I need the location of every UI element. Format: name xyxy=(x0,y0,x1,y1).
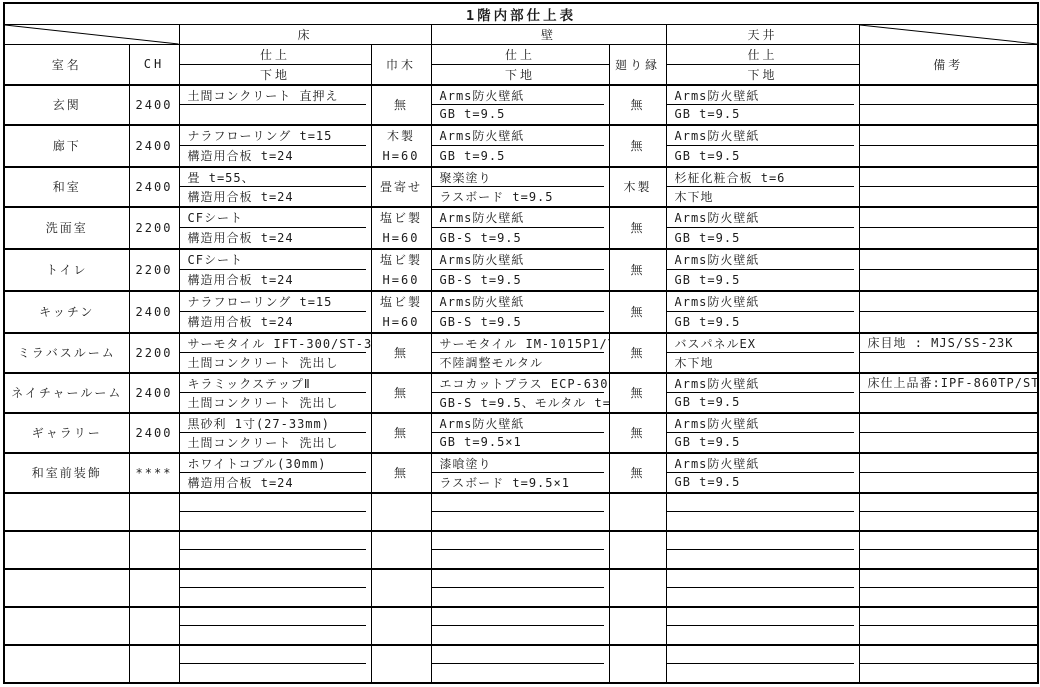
table-body: 玄関2400土間コンクリート 直押え無Arms防火壁紙無Arms防火壁紙GB t… xyxy=(4,85,1038,683)
diagonal-line-icon xyxy=(860,25,1038,44)
table-row: キッチン2400ナラフローリング t=15塩ビ製H=60Arms防火壁紙無Arm… xyxy=(4,291,1038,312)
room-name-cell: 玄関 xyxy=(4,85,129,125)
floor-finish-cell: CFシート xyxy=(179,249,371,270)
crown-molding-cell xyxy=(609,569,666,607)
table-row: 廊下2400ナラフローリング t=15木製H=60Arms防火壁紙無Arms防火… xyxy=(4,125,1038,146)
remarks-diagonal-cell xyxy=(859,25,1038,45)
remarks-top-cell xyxy=(859,167,1038,187)
crown-molding-cell xyxy=(609,493,666,531)
wall-finish-cell xyxy=(431,493,609,512)
ceiling-base-cell: GB t=9.5 xyxy=(666,393,859,413)
floor-base-cell: 構造用合板 t=24 xyxy=(179,270,371,291)
wall-base-cell: ラスボード t=9.5 xyxy=(431,187,609,207)
empty-row xyxy=(4,607,1038,626)
wall-finish-cell: Arms防火壁紙 xyxy=(431,85,609,105)
wall-base-cell: GB-S t=9.5、モルタル t=10 xyxy=(431,393,609,413)
baseboard-cell xyxy=(371,569,431,607)
wall-finish-cell: Arms防火壁紙 xyxy=(431,249,609,270)
wall-base-cell xyxy=(431,512,609,531)
floor-base-cell xyxy=(179,626,371,645)
wall-group-header: 壁 xyxy=(431,25,666,45)
wall-finish-cell xyxy=(431,645,609,664)
floor-base-cell: 構造用合板 t=24 xyxy=(179,228,371,249)
ceiling-finish-cell: Arms防火壁紙 xyxy=(666,453,859,473)
baseboard-line: 畳寄せ xyxy=(372,177,431,197)
wall-finish-cell: Arms防火壁紙 xyxy=(431,291,609,312)
ceiling-finish-cell xyxy=(666,607,859,626)
ceiling-base-cell xyxy=(666,664,859,683)
ceiling-finish-cell xyxy=(666,531,859,550)
table-row: ミラバスルーム2200サーモタイル IFT-300/ST-33N無サーモタイル … xyxy=(4,333,1038,353)
table-header: 1階内部仕上表 床 壁 天井 室名 CH 仕上 巾木 仕上 廻り縁 xyxy=(4,3,1038,85)
remarks-bottom-cell xyxy=(859,312,1038,333)
floor-finish-cell: キラミックステップⅡ xyxy=(179,373,371,393)
remarks-top-cell xyxy=(859,249,1038,270)
wall-base-cell xyxy=(431,664,609,683)
remarks-top-cell xyxy=(859,493,1038,512)
remarks-bottom-cell xyxy=(859,626,1038,645)
baseboard-cell: 無 xyxy=(371,453,431,493)
floor-finish-cell: ホワイトコブル(30mm) xyxy=(179,453,371,473)
crown-molding-column-header: 廻り縁 xyxy=(609,45,666,85)
ceiling-finish-cell: Arms防火壁紙 xyxy=(666,291,859,312)
floor-finish-cell: CFシート xyxy=(179,207,371,228)
remarks-bottom-cell xyxy=(859,187,1038,207)
room-name-cell: ネイチャールーム xyxy=(4,373,129,413)
floor-finish-cell: サーモタイル IFT-300/ST-33N xyxy=(179,333,371,353)
baseboard-line: H=60 xyxy=(372,146,431,166)
ceiling-height-cell xyxy=(129,607,179,645)
ceiling-height-cell: 2400 xyxy=(129,85,179,125)
ceiling-finish-cell: バスパネルEX xyxy=(666,333,859,353)
baseboard-cell: 木製H=60 xyxy=(371,125,431,167)
baseboard-line: 無 xyxy=(372,95,431,115)
ceiling-height-cell: 2400 xyxy=(129,167,179,207)
floor-finish-cell: 畳 t=55、 xyxy=(179,167,371,187)
baseboard-cell xyxy=(371,493,431,531)
wall-base-cell xyxy=(431,550,609,569)
ceiling-group-header: 天井 xyxy=(666,25,859,45)
ceiling-base-cell: GB t=9.5 xyxy=(666,312,859,333)
ceiling-finish-header: 仕上 xyxy=(666,45,859,65)
room-name-cell: キッチン xyxy=(4,291,129,333)
ceiling-base-cell xyxy=(666,626,859,645)
room-name-cell xyxy=(4,493,129,531)
ceiling-height-cell: 2400 xyxy=(129,291,179,333)
empty-row xyxy=(4,569,1038,588)
remarks-bottom-cell xyxy=(859,433,1038,453)
crown-molding-cell: 無 xyxy=(609,453,666,493)
wall-base-cell xyxy=(431,588,609,607)
remarks-top-cell xyxy=(859,413,1038,433)
baseboard-cell xyxy=(371,645,431,683)
baseboard-cell: 塩ビ製H=60 xyxy=(371,291,431,333)
finish-schedule-sheet: { "title": "1階内部仕上表", "columns": { "room… xyxy=(0,0,1040,687)
ceiling-base-cell: 木下地 xyxy=(666,353,859,373)
floor-base-cell: 構造用合板 t=24 xyxy=(179,146,371,167)
floor-finish-cell xyxy=(179,493,371,512)
baseboard-line: H=60 xyxy=(372,228,431,248)
room-name-cell xyxy=(4,531,129,569)
wall-finish-cell: Arms防火壁紙 xyxy=(431,207,609,228)
wall-base-cell: GB-S t=9.5 xyxy=(431,270,609,291)
ceiling-height-cell xyxy=(129,569,179,607)
baseboard-cell: 無 xyxy=(371,85,431,125)
floor-base-cell xyxy=(179,512,371,531)
remarks-top-cell: 床仕上品番:IPF-860TP/STK-2 xyxy=(859,373,1038,393)
crown-molding-cell: 無 xyxy=(609,125,666,167)
floor-base-cell: 土間コンクリート 洗出し xyxy=(179,433,371,453)
remarks-bottom-cell xyxy=(859,588,1038,607)
wall-finish-cell xyxy=(431,607,609,626)
ceiling-finish-cell: Arms防火壁紙 xyxy=(666,85,859,105)
crown-molding-cell: 無 xyxy=(609,413,666,453)
page-title: 1階内部仕上表 xyxy=(4,3,1038,25)
sub-header-row-finish: 室名 CH 仕上 巾木 仕上 廻り縁 仕上 備考 xyxy=(4,45,1038,65)
ceiling-height-cell xyxy=(129,493,179,531)
table-row: 和室2400畳 t=55、畳寄せ聚楽塗り木製杉柾化粧合板 t=6 xyxy=(4,167,1038,187)
floor-base-cell xyxy=(179,105,371,125)
floor-finish-header: 仕上 xyxy=(179,45,371,65)
floor-base-cell: 構造用合板 t=24 xyxy=(179,312,371,333)
ceiling-finish-cell: Arms防火壁紙 xyxy=(666,249,859,270)
floor-base-cell xyxy=(179,588,371,607)
room-name-cell: 廊下 xyxy=(4,125,129,167)
ceiling-finish-cell xyxy=(666,493,859,512)
table-row: 洗面室2200CFシート塩ビ製H=60Arms防火壁紙無Arms防火壁紙 xyxy=(4,207,1038,228)
floor-base-cell: 土間コンクリート 洗出し xyxy=(179,393,371,413)
baseboard-line: 無 xyxy=(372,423,431,443)
ceiling-base-cell xyxy=(666,512,859,531)
baseboard-line: H=60 xyxy=(372,312,431,332)
remarks-bottom-cell xyxy=(859,105,1038,125)
floor-finish-cell: 土間コンクリート 直押え xyxy=(179,85,371,105)
table-row: ギャラリー2400黒砂利 1寸(27-33mm)無Arms防火壁紙無Arms防火… xyxy=(4,413,1038,433)
remarks-bottom-cell xyxy=(859,353,1038,373)
wall-finish-cell: Arms防火壁紙 xyxy=(431,125,609,146)
floor-base-cell: 構造用合板 t=24 xyxy=(179,187,371,207)
baseboard-column-header: 巾木 xyxy=(371,45,431,85)
table-row: 玄関2400土間コンクリート 直押え無Arms防火壁紙無Arms防火壁紙 xyxy=(4,85,1038,105)
ceiling-height-cell: 2200 xyxy=(129,333,179,373)
room-name-cell: 洗面室 xyxy=(4,207,129,249)
crown-molding-cell: 無 xyxy=(609,249,666,291)
wall-finish-cell: 漆喰塗り xyxy=(431,453,609,473)
baseboard-cell: 無 xyxy=(371,413,431,453)
crown-molding-cell: 無 xyxy=(609,85,666,125)
ceiling-height-cell: 2400 xyxy=(129,413,179,453)
wall-finish-cell xyxy=(431,531,609,550)
baseboard-line: H=60 xyxy=(372,270,431,290)
wall-finish-header: 仕上 xyxy=(431,45,609,65)
room-column-header: 室名 xyxy=(4,45,129,85)
remarks-top-cell xyxy=(859,607,1038,626)
room-name-cell: トイレ xyxy=(4,249,129,291)
baseboard-line: 木製 xyxy=(372,126,431,146)
floor-finish-cell xyxy=(179,569,371,588)
ceiling-height-cell: 2400 xyxy=(129,373,179,413)
group-header-row: 床 壁 天井 xyxy=(4,25,1038,45)
remarks-top-cell xyxy=(859,531,1038,550)
wall-base-cell: 不陸調整モルタル xyxy=(431,353,609,373)
finish-table: 1階内部仕上表 床 壁 天井 室名 CH 仕上 巾木 仕上 廻り縁 xyxy=(3,2,1039,684)
wall-base-cell: GB-S t=9.5 xyxy=(431,312,609,333)
remarks-bottom-cell xyxy=(859,550,1038,569)
wall-base-cell: GB t=9.5×1 xyxy=(431,433,609,453)
crown-molding-cell: 無 xyxy=(609,373,666,413)
remarks-top-cell xyxy=(859,125,1038,146)
ceiling-finish-cell: Arms防火壁紙 xyxy=(666,413,859,433)
ceiling-finish-cell xyxy=(666,645,859,664)
room-name-cell: 和室 xyxy=(4,167,129,207)
room-name-cell: 和室前装飾 xyxy=(4,453,129,493)
wall-base-cell: GB-S t=9.5 xyxy=(431,228,609,249)
ceiling-height-cell xyxy=(129,645,179,683)
ceiling-base-cell xyxy=(666,550,859,569)
wall-base-cell: GB t=9.5 xyxy=(431,105,609,125)
ceiling-finish-cell: Arms防火壁紙 xyxy=(666,207,859,228)
baseboard-line: 無 xyxy=(372,343,431,363)
floor-base-cell: 構造用合板 t=24 xyxy=(179,473,371,493)
remarks-top-cell: 床目地 : MJS/SS-23K xyxy=(859,333,1038,353)
crown-molding-cell: 無 xyxy=(609,291,666,333)
remarks-bottom-cell xyxy=(859,228,1038,249)
remarks-bottom-cell xyxy=(859,512,1038,531)
ceiling-base-cell: GB t=9.5 xyxy=(666,270,859,291)
floor-finish-cell: ナラフローリング t=15 xyxy=(179,291,371,312)
diagonal-line-icon xyxy=(5,25,179,44)
crown-molding-cell xyxy=(609,607,666,645)
floor-base-cell xyxy=(179,664,371,683)
table-row: ネイチャールーム2400キラミックステップⅡ無エコカットプラス ECP-630/… xyxy=(4,373,1038,393)
ceiling-base-cell: GB t=9.5 xyxy=(666,473,859,493)
wall-base-cell: GB t=9.5 xyxy=(431,146,609,167)
baseboard-cell xyxy=(371,531,431,569)
room-name-cell xyxy=(4,607,129,645)
title-row: 1階内部仕上表 xyxy=(4,3,1038,25)
crown-molding-cell: 木製 xyxy=(609,167,666,207)
remarks-top-cell xyxy=(859,645,1038,664)
remarks-bottom-cell xyxy=(859,146,1038,167)
wall-base-cell: ラスボード t=9.5×1 xyxy=(431,473,609,493)
ceiling-base-cell xyxy=(666,588,859,607)
ceiling-finish-cell: Arms防火壁紙 xyxy=(666,125,859,146)
crown-molding-cell: 無 xyxy=(609,333,666,373)
baseboard-line: 無 xyxy=(372,463,431,483)
floor-base-cell: 土間コンクリート 洗出し xyxy=(179,353,371,373)
ceiling-finish-cell: 杉柾化粧合板 t=6 xyxy=(666,167,859,187)
floor-base-cell xyxy=(179,550,371,569)
wall-finish-cell: 聚楽塗り xyxy=(431,167,609,187)
room-name-cell xyxy=(4,645,129,683)
baseboard-line: 塩ビ製 xyxy=(372,250,431,270)
room-ch-diagonal-cell xyxy=(4,25,179,45)
floor-finish-cell: 黒砂利 1寸(27-33mm) xyxy=(179,413,371,433)
baseboard-cell: 塩ビ製H=60 xyxy=(371,207,431,249)
empty-row xyxy=(4,493,1038,512)
floor-group-header: 床 xyxy=(179,25,431,45)
room-name-cell xyxy=(4,569,129,607)
crown-molding-cell xyxy=(609,645,666,683)
baseboard-cell: 塩ビ製H=60 xyxy=(371,249,431,291)
empty-row xyxy=(4,531,1038,550)
wall-finish-cell: エコカットプラス ECP-630/STG4N xyxy=(431,373,609,393)
ceiling-height-cell: 2200 xyxy=(129,249,179,291)
baseboard-cell: 畳寄せ xyxy=(371,167,431,207)
remarks-top-cell xyxy=(859,569,1038,588)
remarks-column-header: 備考 xyxy=(859,45,1038,85)
crown-molding-cell: 無 xyxy=(609,207,666,249)
remarks-top-cell xyxy=(859,85,1038,105)
ceiling-base-cell: 木下地 xyxy=(666,187,859,207)
remarks-top-cell xyxy=(859,291,1038,312)
room-name-cell: ギャラリー xyxy=(4,413,129,453)
empty-row xyxy=(4,645,1038,664)
ceiling-height-cell: **** xyxy=(129,453,179,493)
baseboard-cell: 無 xyxy=(371,333,431,373)
remarks-top-cell xyxy=(859,453,1038,473)
table-row: 和室前装飾****ホワイトコブル(30mm)無漆喰塗り無Arms防火壁紙 xyxy=(4,453,1038,473)
floor-finish-cell xyxy=(179,607,371,626)
remarks-bottom-cell xyxy=(859,270,1038,291)
wall-finish-cell: Arms防火壁紙 xyxy=(431,413,609,433)
ceiling-finish-cell: Arms防火壁紙 xyxy=(666,373,859,393)
wall-finish-cell xyxy=(431,569,609,588)
floor-finish-cell xyxy=(179,531,371,550)
ceiling-base-cell: GB t=9.5 xyxy=(666,105,859,125)
baseboard-cell: 無 xyxy=(371,373,431,413)
baseboard-line: 無 xyxy=(372,383,431,403)
floor-base-header: 下地 xyxy=(179,65,371,85)
ceiling-base-header: 下地 xyxy=(666,65,859,85)
ceiling-height-cell: 2200 xyxy=(129,207,179,249)
ch-column-header: CH xyxy=(129,45,179,85)
wall-base-cell xyxy=(431,626,609,645)
ceiling-base-cell: GB t=9.5 xyxy=(666,433,859,453)
room-name-cell: ミラバスルーム xyxy=(4,333,129,373)
baseboard-cell xyxy=(371,607,431,645)
remarks-top-cell xyxy=(859,207,1038,228)
remarks-bottom-cell xyxy=(859,664,1038,683)
floor-finish-cell: ナラフローリング t=15 xyxy=(179,125,371,146)
ceiling-finish-cell xyxy=(666,569,859,588)
wall-base-header: 下地 xyxy=(431,65,609,85)
baseboard-line: 塩ビ製 xyxy=(372,208,431,228)
floor-finish-cell xyxy=(179,645,371,664)
remarks-bottom-cell xyxy=(859,393,1038,413)
ceiling-base-cell: GB t=9.5 xyxy=(666,228,859,249)
ceiling-base-cell: GB t=9.5 xyxy=(666,146,859,167)
remarks-bottom-cell xyxy=(859,473,1038,493)
wall-finish-cell: サーモタイル IM-1015P1/YB4H xyxy=(431,333,609,353)
ceiling-height-cell: 2400 xyxy=(129,125,179,167)
baseboard-line: 塩ビ製 xyxy=(372,292,431,312)
crown-molding-cell xyxy=(609,531,666,569)
ceiling-height-cell xyxy=(129,531,179,569)
table-row: トイレ2200CFシート塩ビ製H=60Arms防火壁紙無Arms防火壁紙 xyxy=(4,249,1038,270)
